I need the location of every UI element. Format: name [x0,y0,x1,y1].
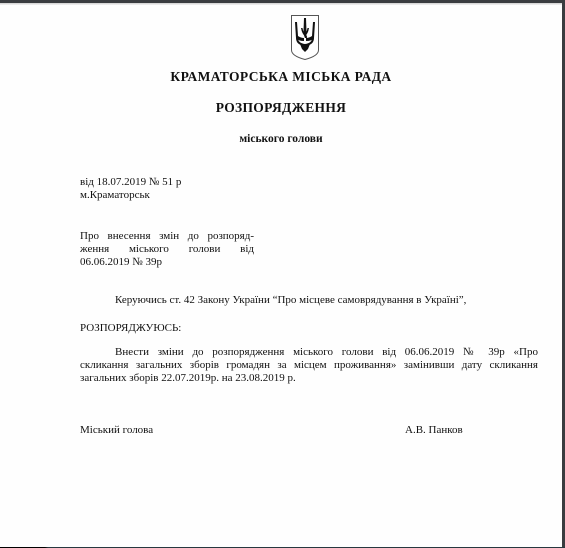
signature-name: А.В. Панков [405,424,463,437]
issuer-subtitle: міського голови [0,133,562,145]
order-body: Внести зміни до розпорядження міського г… [80,346,538,385]
subject-line: 06.06.2019 № 39р [80,256,254,269]
body-line: загальних зборів 22.07.2019р. на 23.08.2… [80,372,538,385]
subject-block: Про внесення змін до розпоряд- ження міс… [80,230,254,269]
subject-line: Про внесення змін до розпоряд- [80,230,254,243]
body-line: Внести зміни до розпорядження міського г… [80,346,538,359]
order-word: РОЗПОРЯДЖУЮСЬ: [80,322,181,335]
city: м.Краматорськ [80,189,150,202]
date-and-number: від 18.07.2019 № 51 р [80,176,181,189]
legal-basis: Керуючись ст. 42 Закону України “Про міс… [115,294,466,307]
subject-line: ження міського голови від [80,243,254,256]
document-type-title: РОЗПОРЯДЖЕННЯ [0,100,562,116]
body-line: скликання загальних зборів громадян за м… [80,359,538,372]
document-page: КРАМАТОРСЬКА МІСЬКА РАДА РОЗПОРЯДЖЕННЯ м… [0,3,562,547]
council-name: КРАМАТОРСЬКА МІСЬКА РАДА [0,69,562,85]
trident-emblem-icon [290,14,320,61]
signature-title: Міський голова [80,424,153,437]
